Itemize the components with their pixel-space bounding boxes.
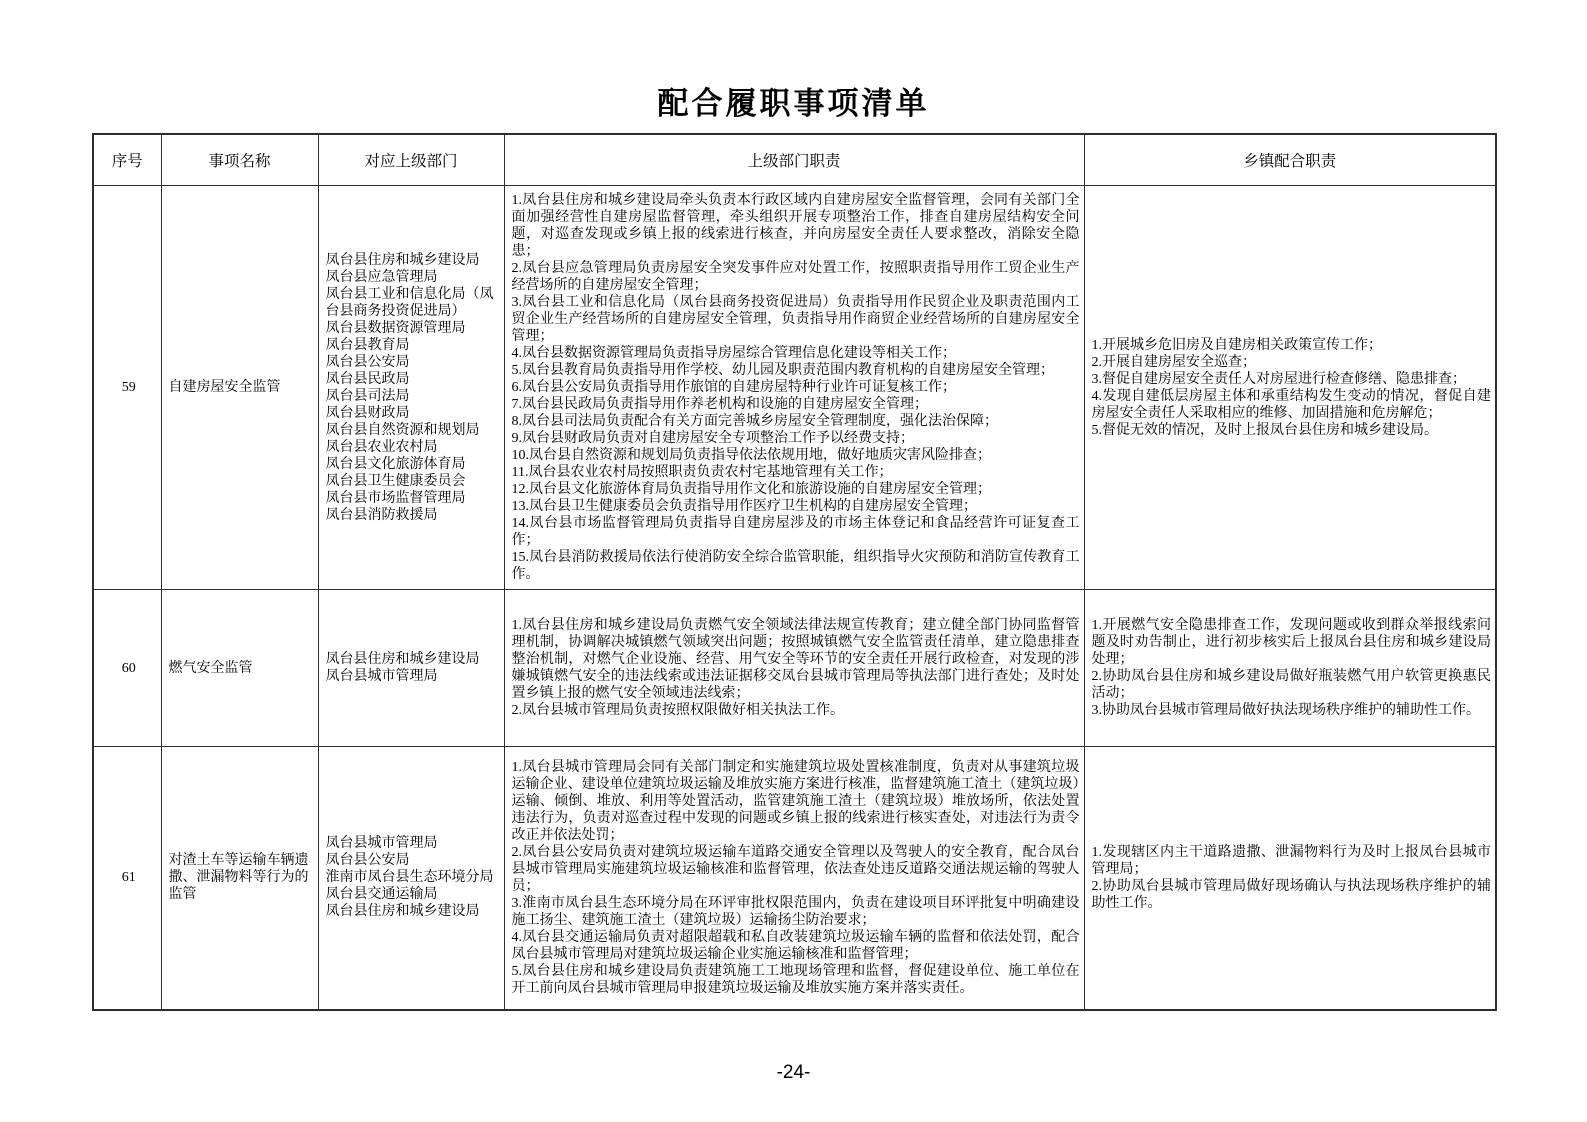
page-title: 配合履职事项清单 bbox=[0, 78, 1587, 123]
table-row: 61 对渣土车等运输车辆遗撒、泄漏物料等行为的监管 凤台县城市管理局 凤台县公安… bbox=[93, 747, 1496, 1010]
header-superior-duties: 上级部门职责 bbox=[504, 134, 1084, 186]
row-township-duties: 1.发现辖区内主干道路遗撒、泄漏物料行为及时上报凤台县城市管理局； 2.协助凤台… bbox=[1084, 747, 1496, 1010]
row-item-name: 对渣土车等运输车辆遗撒、泄漏物料等行为的监管 bbox=[161, 747, 318, 1010]
row-township-duties: 1.开展燃气安全隐患排查工作，发现问题或收到群众举报线索问题及时劝告制止，进行初… bbox=[1084, 590, 1496, 747]
header-township-duties: 乡镇配合职责 bbox=[1084, 134, 1496, 186]
row-departments: 凤台县住房和城乡建设局 凤台县城市管理局 bbox=[318, 590, 504, 747]
row-serial-number: 60 bbox=[93, 590, 161, 747]
row-departments: 凤台县住房和城乡建设局 凤台县应急管理局 凤台县工业和信息化局（凤台县商务投资促… bbox=[318, 186, 504, 590]
row-township-duties: 1.开展城乡危旧房及自建房相关政策宣传工作； 2.开展自建房屋安全巡查； 3.督… bbox=[1084, 186, 1496, 590]
row-serial-number: 61 bbox=[93, 747, 161, 1010]
row-serial-number: 59 bbox=[93, 186, 161, 590]
row-superior-duties: 1.凤台县住房和城乡建设局牵头负责本行政区域内自建房屋安全监督管理，会同有关部门… bbox=[504, 186, 1084, 590]
header-item-name: 事项名称 bbox=[161, 134, 318, 186]
header-superior-department: 对应上级部门 bbox=[318, 134, 504, 186]
row-superior-duties: 1.凤台县城市管理局会同有关部门制定和实施建筑垃圾处置核准制度，负责对从事建筑垃… bbox=[504, 747, 1084, 1010]
row-item-name: 自建房屋安全监管 bbox=[161, 186, 318, 590]
table-row: 60 燃气安全监管 凤台县住房和城乡建设局 凤台县城市管理局 1.凤台县住房和城… bbox=[93, 590, 1496, 747]
row-superior-duties: 1.凤台县住房和城乡建设局负责燃气安全领域法律法规宣传教育；建立健全部门协同监督… bbox=[504, 590, 1084, 747]
table-row: 59 自建房屋安全监管 凤台县住房和城乡建设局 凤台县应急管理局 凤台县工业和信… bbox=[93, 186, 1496, 590]
table-header-row: 序号 事项名称 对应上级部门 上级部门职责 乡镇配合职责 bbox=[93, 134, 1496, 186]
row-departments: 凤台县城市管理局 凤台县公安局 淮南市凤台县生态环境分局 凤台县交通运输局 凤台… bbox=[318, 747, 504, 1010]
page-number: -24- bbox=[0, 1062, 1587, 1084]
duty-list-table: 序号 事项名称 对应上级部门 上级部门职责 乡镇配合职责 59 自建房屋安全监管… bbox=[92, 133, 1497, 1011]
header-serial-number: 序号 bbox=[93, 134, 161, 186]
row-item-name: 燃气安全监管 bbox=[161, 590, 318, 747]
